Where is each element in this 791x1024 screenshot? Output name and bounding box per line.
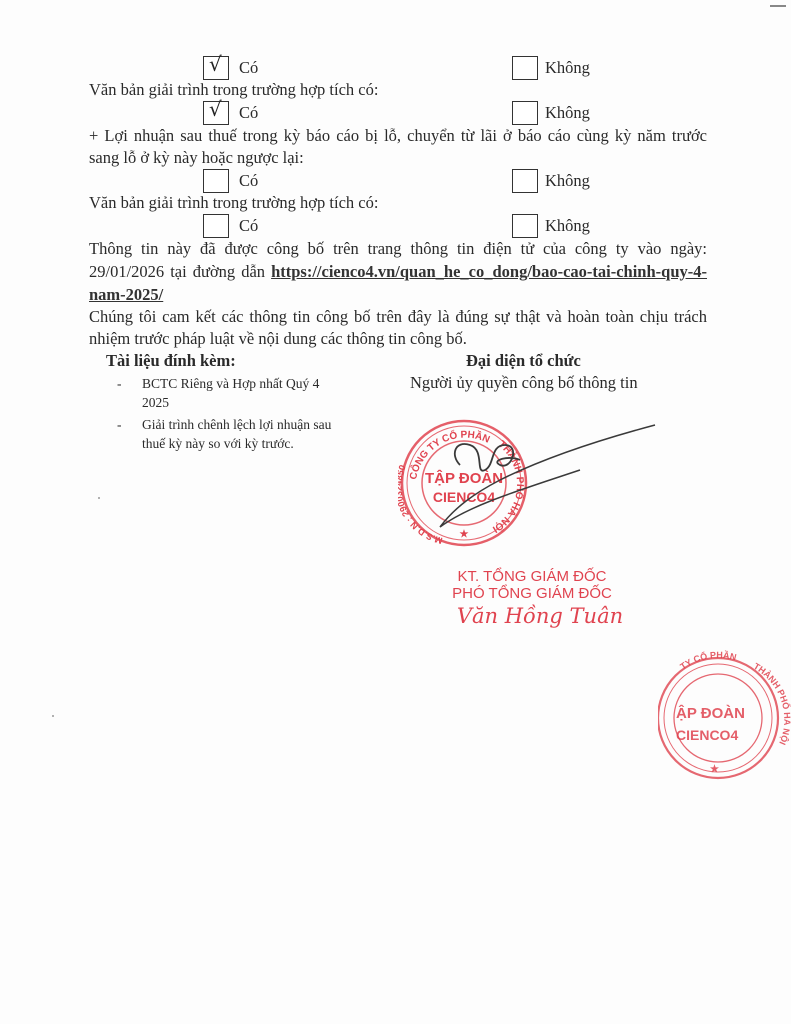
attachments-title: Tài liệu đính kèm: [106,351,236,371]
profit-item-line-1: + Lợi nhuận sau thuế trong kỳ báo cáo bị… [89,125,707,147]
checkmark-icon: √ [209,96,222,122]
representative-subtitle: Người ủy quyền công bố thông tin [410,373,638,393]
checkbox-no-4[interactable] [512,214,538,238]
published-line-3: nam-2025/ [89,284,163,306]
published-link-cont[interactable]: nam-2025/ [89,285,163,304]
published-date: 29/01/2026 tại đường dẫn [89,262,271,281]
signer-title: KT. TỔNG GIÁM ĐỐC PHÓ TỔNG GIÁM ĐỐC [432,568,632,602]
explanation-label-1: Văn bản giải trình trong trường hợp tích… [89,79,378,101]
checkmark-icon: √ [209,51,222,77]
scan-speck [52,715,54,717]
checkbox-no-3[interactable] [512,169,538,193]
checkbox-no-2[interactable] [512,101,538,125]
checkbox-no-label: Không [545,214,590,238]
attachment-text: Giải trình chênh lệch lợi nhuận sau thuế… [142,417,331,451]
checkbox-yes-label: Có [239,56,258,80]
representative-title: Đại diện tổ chức [466,351,581,371]
commitment-line-1: Chúng tôi cam kết các thông tin công bố … [89,306,707,328]
checkbox-group-2: √ Có Không [0,101,791,127]
checkbox-group-4: Có Không [0,214,791,240]
profit-item-line-2: sang lỗ ở kỳ này hoặc ngược lại: [89,147,304,169]
checkbox-no-label: Không [545,56,590,80]
checkbox-yes-label: Có [239,214,258,238]
published-line-1: Thông tin này đã được công bố trên trang… [89,238,707,260]
signer-title-line-1: KT. TỔNG GIÁM ĐỐC [432,568,632,585]
checkbox-yes-label: Có [239,169,258,193]
checkbox-yes-1[interactable]: √ [203,56,229,80]
signature [430,415,670,545]
checkbox-yes-3[interactable] [203,169,229,193]
explanation-label-2: Văn bản giải trình trong trường hợp tích… [89,192,378,214]
checkbox-yes-4[interactable] [203,214,229,238]
svg-text:ẬP ĐOÀN: ẬP ĐOÀN [676,704,745,722]
attachments-list: -BCTC Riêng và Hợp nhất Quý 4 2025 -Giải… [117,374,347,456]
scan-mark [770,5,786,7]
signer-title-line-2: PHÓ TỔNG GIÁM ĐỐC [432,585,632,602]
attachment-item: -Giải trình chênh lệch lợi nhuận sau thu… [117,415,347,453]
published-line-2: 29/01/2026 tại đường dẫn https://cienco4… [89,261,707,283]
attachment-text: BCTC Riêng và Hợp nhất Quý 4 2025 [142,376,319,410]
published-link[interactable]: https://cienco4.vn/quan_he_co_dong/bao-c… [271,262,707,281]
signer-name: Văn Hồng Tuân [440,604,640,628]
scan-speck [98,497,100,499]
checkbox-no-1[interactable] [512,56,538,80]
checkbox-yes-2[interactable]: √ [203,101,229,125]
commitment-line-2: nhiệm trước pháp luật về nội dung các th… [89,328,467,350]
svg-text:CIENCO4: CIENCO4 [676,727,738,743]
checkbox-no-label: Không [545,169,590,193]
checkbox-no-label: Không [545,101,590,125]
attachment-item: -BCTC Riêng và Hợp nhất Quý 4 2025 [117,374,347,412]
svg-text:★: ★ [710,764,719,775]
partial-stamp: TY CỔ PHẦN THÀNH PHỐ HÀ NỘI ẬP ĐOÀN CIEN… [658,648,791,788]
checkbox-yes-label: Có [239,101,258,125]
svg-text:TY CỔ PHẦN: TY CỔ PHẦN [678,650,737,672]
